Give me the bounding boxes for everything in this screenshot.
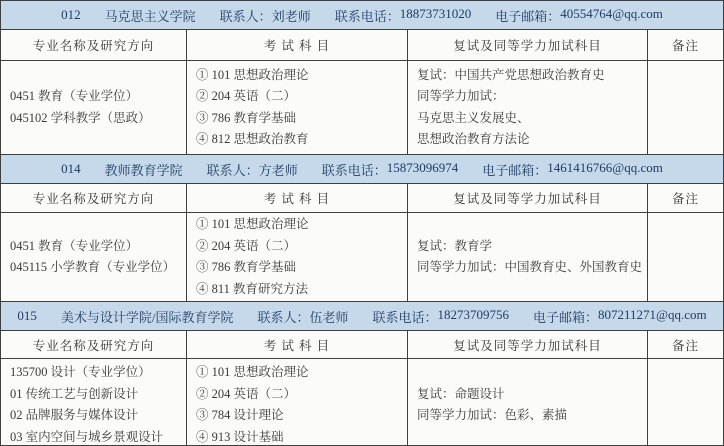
major-direction-cell: 0451 教育（专业学位） 045102 学科教学（思政） — [1, 61, 187, 154]
dept-phone: 联系电话：18873731020 — [335, 6, 472, 25]
col-header-retest: 复试及同等学力加试科目 — [408, 30, 648, 61]
email-label: 电子邮箱： — [533, 307, 598, 326]
col-header-remark: 备注 — [648, 184, 723, 213]
phone-label: 联系电话： — [322, 160, 387, 179]
col-header-retest: 复试及同等学力加试科目 — [408, 331, 648, 359]
dept-band-014: 014 教师教育学院 联系人：方老师 联系电话：15873096974 电子邮箱… — [1, 154, 723, 184]
email-label: 电子邮箱： — [482, 160, 547, 179]
section-table-012: 专业名称及研究方向 考 试 科 目 复试及同等学力加试科目 备注 0451 教育… — [1, 30, 723, 154]
section-table-015: 专业名称及研究方向 考 试 科 目 复试及同等学力加试科目 备注 135700 … — [1, 331, 723, 446]
contact-value: 方老师 — [259, 160, 298, 179]
contact-label: 联系人： — [207, 160, 259, 179]
dept-band-015: 015 美术与设计学院/国际教育学院 联系人：伍老师 联系电话：18273709… — [1, 301, 723, 331]
dept-name: 美术与设计学院/国际教育学院 — [61, 307, 234, 326]
admissions-table-page: 012 马克思主义学院 联系人：刘老师 联系电话：18873731020 电子邮… — [0, 0, 724, 446]
dept-code: 014 — [61, 161, 81, 177]
col-header-major: 专业名称及研究方向 — [1, 184, 187, 213]
contact-label: 联系人： — [257, 307, 309, 326]
contact-value: 伍老师 — [309, 307, 348, 326]
exam-subjects-cell: ① 101 思想政治理论 ② 204 英语（二） ③ 784 设计理论 ④ 91… — [187, 359, 408, 446]
retest-subjects-cell: 复试：命题设计 同等学力加试：色彩、素描 — [408, 359, 648, 446]
dept-phone: 联系电话：15873096974 — [322, 160, 459, 179]
phone-value: 15873096974 — [387, 160, 459, 179]
dept-contact: 联系人：刘老师 — [220, 6, 311, 25]
major-direction-cell: 135700 设计（专业学位） 01 传统工艺与创新设计 02 品牌服务与媒体设… — [1, 359, 187, 446]
dept-contact: 联系人：方老师 — [207, 160, 298, 179]
retest-subjects-cell: 复试：中国共产党思想政治教育史 同等学力加试： 马克思主义发展史、 思想政治教育… — [408, 61, 648, 154]
email-value: 1461416766@qq.com — [547, 160, 663, 179]
retest-subjects-cell: 复试：教育学 同等学力加试：中国教育史、外国教育史 — [408, 213, 648, 301]
col-header-retest: 复试及同等学力加试科目 — [408, 184, 648, 213]
major-direction-cell: 0451 教育（专业学位） 045115 小学教育（专业学位） — [1, 213, 187, 301]
dept-name: 马克思主义学院 — [105, 6, 196, 25]
col-header-exam-subjects: 考 试 科 目 — [187, 184, 408, 213]
dept-code: 015 — [17, 308, 37, 324]
col-header-major: 专业名称及研究方向 — [1, 30, 187, 61]
phone-label: 联系电话： — [335, 6, 400, 25]
dept-contact: 联系人：伍老师 — [257, 307, 348, 326]
remark-cell — [648, 359, 723, 446]
email-label: 电子邮箱： — [495, 6, 560, 25]
section-table-014: 专业名称及研究方向 考 试 科 目 复试及同等学力加试科目 备注 0451 教育… — [1, 184, 723, 301]
dept-email: 电子邮箱：40554764@qq.com — [495, 6, 663, 25]
dept-email: 电子邮箱：807211271@qq.com — [533, 307, 707, 326]
dept-name: 教师教育学院 — [105, 160, 183, 179]
email-value: 40554764@qq.com — [560, 6, 663, 25]
contact-value: 刘老师 — [272, 6, 311, 25]
dept-email: 电子邮箱：1461416766@qq.com — [482, 160, 663, 179]
remark-cell — [648, 213, 723, 301]
dept-code: 012 — [61, 7, 81, 23]
col-header-remark: 备注 — [648, 331, 723, 359]
col-header-exam-subjects: 考 试 科 目 — [187, 30, 408, 61]
phone-value: 18273709756 — [438, 307, 510, 326]
col-header-exam-subjects: 考 试 科 目 — [187, 331, 408, 359]
remark-cell — [648, 61, 723, 154]
phone-label: 联系电话： — [373, 307, 438, 326]
exam-subjects-cell: ① 101 思想政治理论 ② 204 英语（二） ③ 786 教育学基础 ④ 8… — [187, 213, 408, 301]
dept-phone: 联系电话：18273709756 — [373, 307, 510, 326]
phone-value: 18873731020 — [400, 6, 472, 25]
email-value: 807211271@qq.com — [598, 307, 707, 326]
contact-label: 联系人： — [220, 6, 272, 25]
col-header-major: 专业名称及研究方向 — [1, 331, 187, 359]
dept-band-012: 012 马克思主义学院 联系人：刘老师 联系电话：18873731020 电子邮… — [1, 1, 723, 30]
col-header-remark: 备注 — [648, 30, 723, 61]
exam-subjects-cell: ① 101 思想政治理论 ② 204 英语（二） ③ 786 教育学基础 ④ 8… — [187, 61, 408, 154]
